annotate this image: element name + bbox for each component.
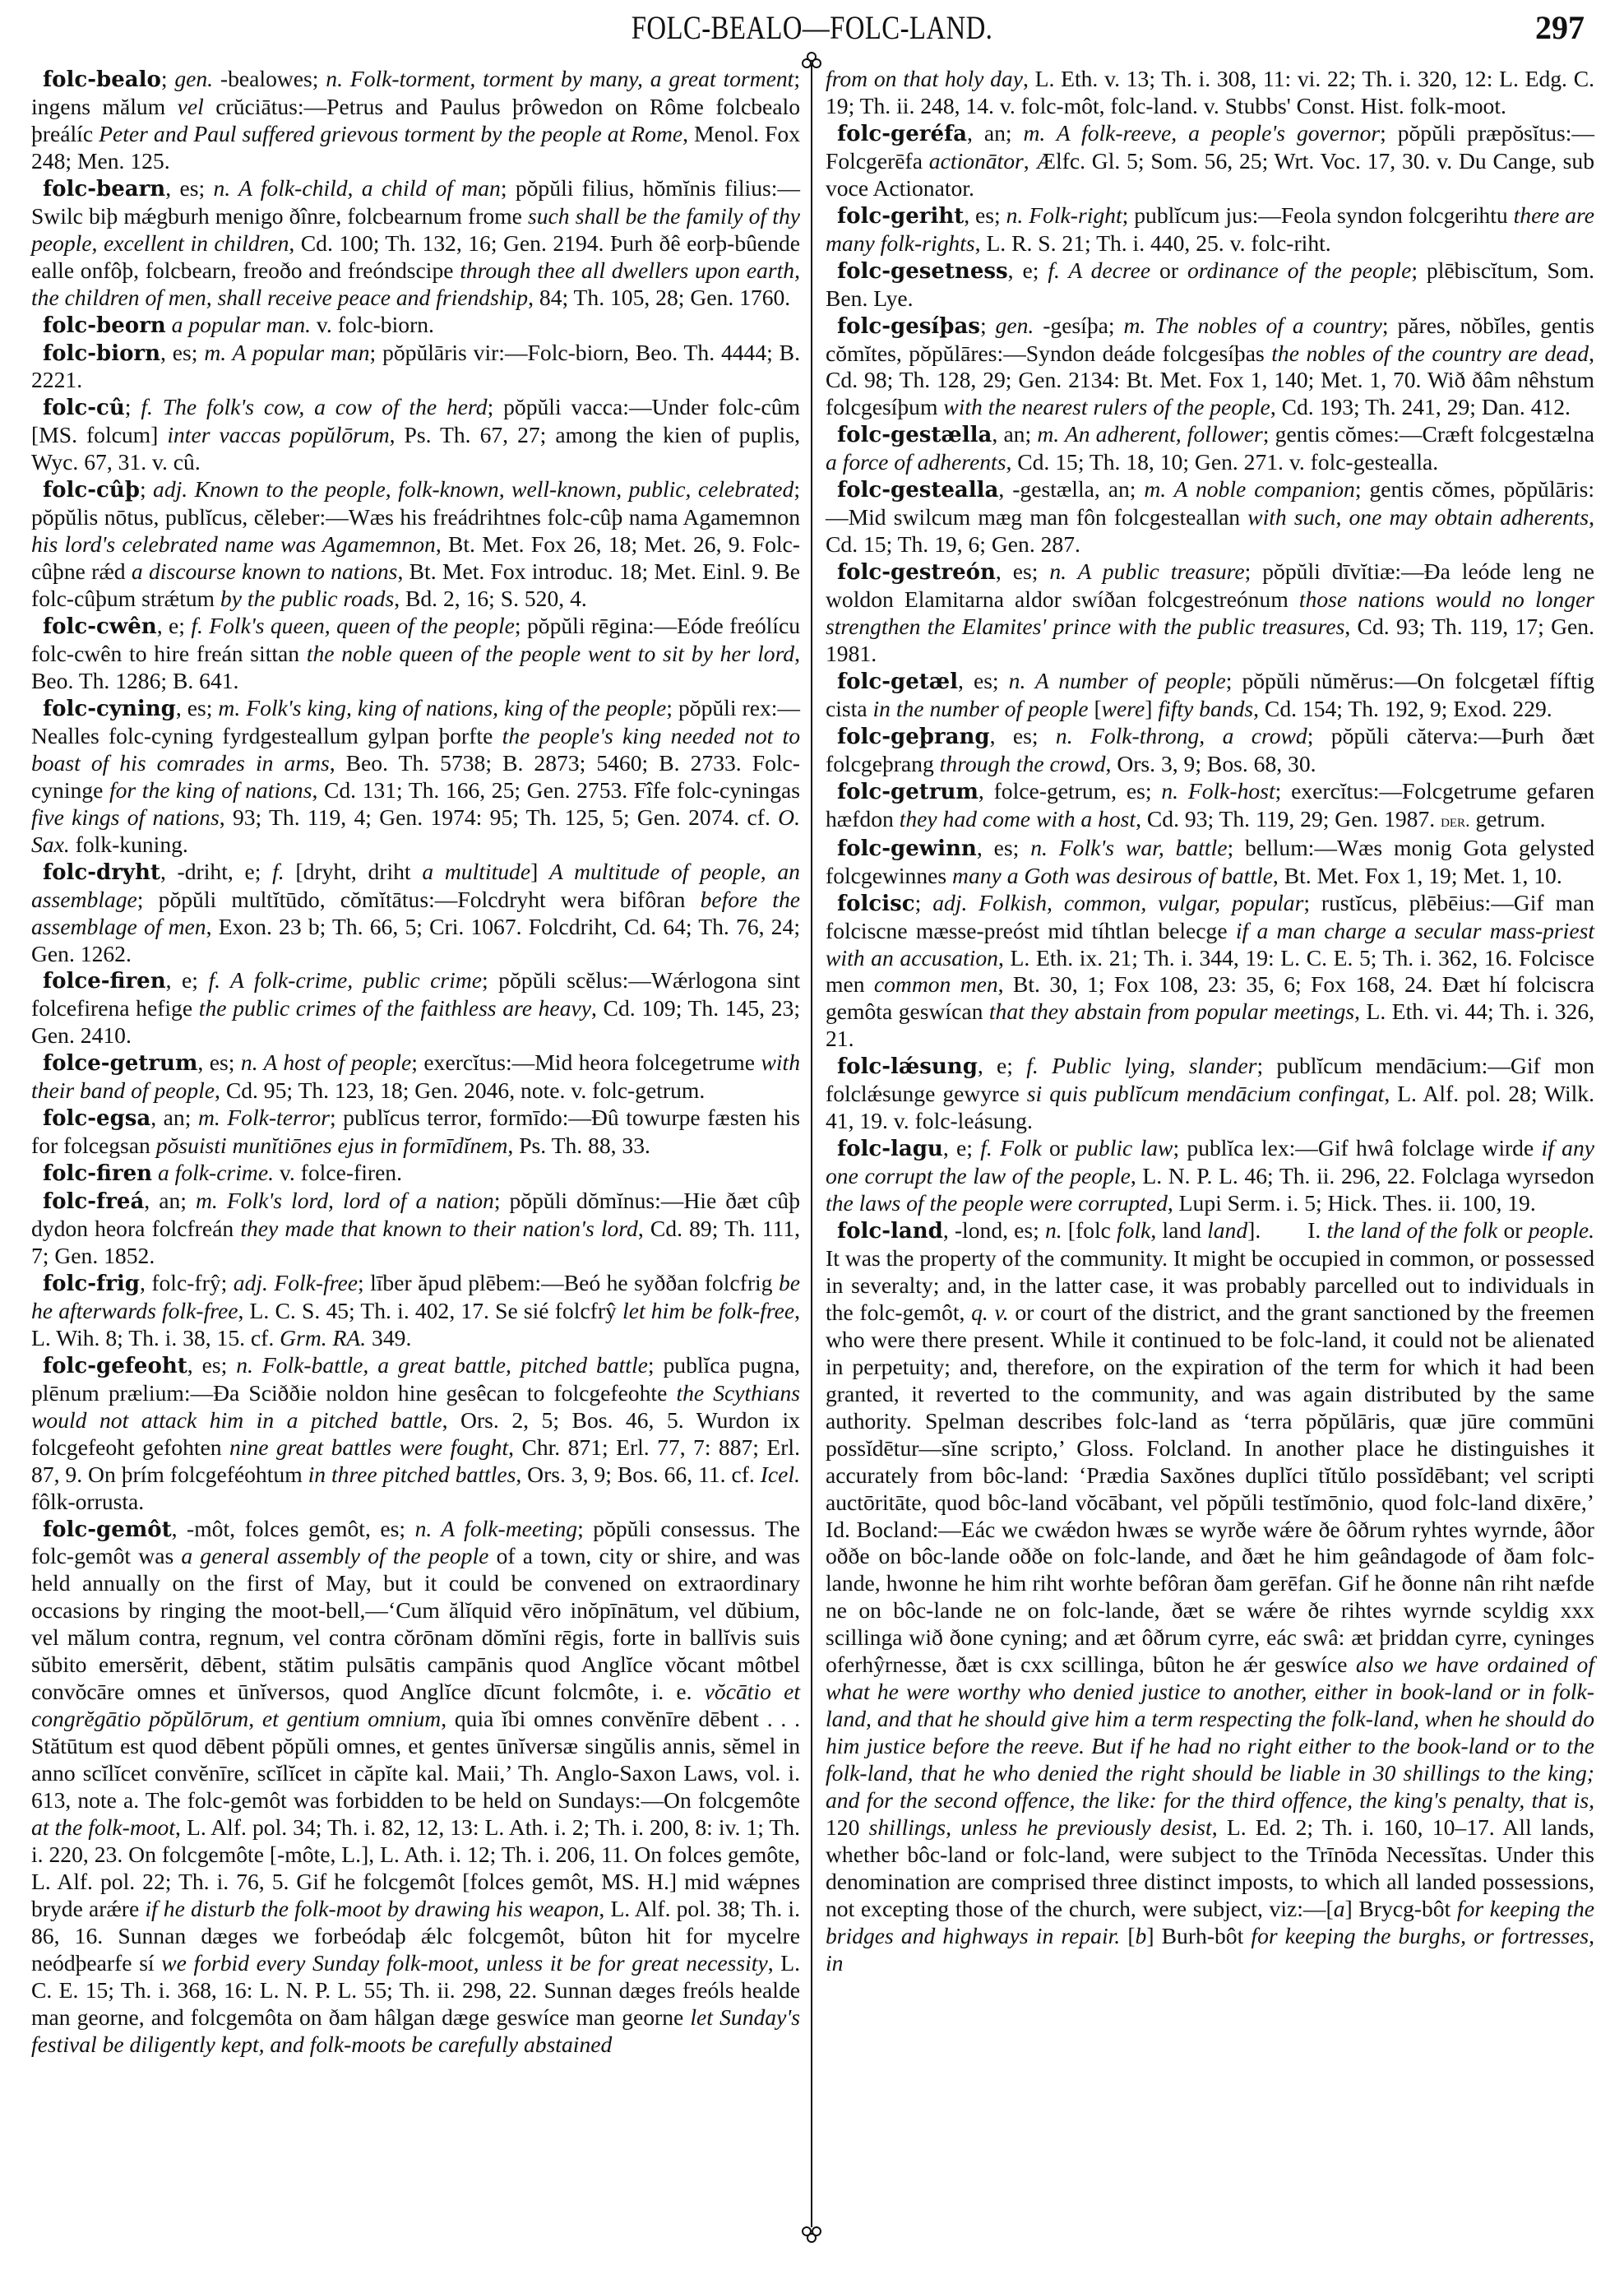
entry-headword: folc-gewinn [837, 836, 977, 861]
entry-headword: folc-bealo [43, 67, 161, 92]
entry-definition: from on that holy day, L. Eth. v. 13; Th… [826, 66, 1594, 118]
dictionary-entry: folc-cwên, e; f. Folk's queen, queen of … [31, 613, 800, 695]
dictionary-entry: folcisc; adj. Folkish, common, vulgar, p… [826, 890, 1594, 1054]
entry-headword: folc-gemôt [43, 1517, 172, 1542]
entry-definition: a popular man. v. folc-biorn. [166, 312, 434, 337]
left-column: folc-bealo; gen. -bealowes; n. Folk-torm… [31, 66, 800, 2059]
dictionary-entry: folc-lagu, e; f. Folk or public law; pub… [826, 1135, 1594, 1217]
entry-headword: folce-firen [43, 969, 166, 994]
trefoil-ornament-icon [799, 2219, 824, 2244]
entry-definition: , an; m. Folk's lord, lord of a nation; … [31, 1188, 800, 1268]
dictionary-entry: folc-biorn, es; m. A popular man; pŏpŭlā… [31, 340, 800, 395]
entry-headword: folc-geréfa [837, 122, 967, 146]
dictionary-entry: folc-getrum, folce-getrum, es; n. Folk-h… [826, 778, 1594, 835]
entry-headword: folc-frig [43, 1272, 140, 1296]
dictionary-entry: folc-gesetness, e; f. A decree or ordina… [826, 257, 1594, 313]
dictionary-entry: folc-gesíþas; gen. -gesíþa; m. The noble… [826, 313, 1594, 422]
entry-headword: folc-cûþ [43, 478, 140, 503]
dictionary-entry: from on that holy day, L. Eth. v. 13; Th… [826, 66, 1594, 120]
dictionary-entry: folc-firen a folk-crime. v. folce-firen. [31, 1160, 800, 1188]
entry-definition: a folk-crime. v. folce-firen. [152, 1160, 402, 1185]
entry-headword: folc-lagu [837, 1137, 943, 1161]
entry-headword: folc-cyning [43, 697, 176, 721]
dictionary-entry: folc-dryht, -driht, e; f. [dryht, driht … [31, 859, 800, 968]
entry-headword: folc-cû [43, 396, 125, 420]
entry-headword: folc-getrum [837, 780, 979, 804]
column-divider [811, 64, 812, 2227]
dictionary-entry: folc-freá, an; m. Folk's lord, lord of a… [31, 1188, 800, 1270]
entry-headword: folc-biorn [43, 341, 160, 366]
dictionary-entry: folce-getrum, es; n. A host of people; e… [31, 1049, 800, 1105]
dictionary-entry: folc-geþrang, es; n. Folk-throng, a crow… [826, 723, 1594, 778]
dictionary-entry: folc-gewinn, es; n. Folk's war, battle; … [826, 835, 1594, 890]
dictionary-entry: folc-lǽsung, e; f. Public lying, slander… [826, 1053, 1594, 1135]
entry-headword: folce-getrum [43, 1051, 197, 1076]
dictionary-entry: folc-cyning, es; m. Folk's king, king of… [31, 695, 800, 859]
dictionary-entry: folc-gestealla, -gestælla, an; m. A nobl… [826, 476, 1594, 558]
entry-definition: ; adj. Folkish, common, vulgar, popular;… [826, 890, 1594, 1052]
dictionary-entry: folc-cûþ; adj. Known to the people, folk… [31, 476, 800, 613]
dictionary-entry: folce-firen, e; f. A folk-crime, public … [31, 967, 800, 1049]
right-column: from on that holy day, L. Eth. v. 13; Th… [826, 66, 1594, 1977]
dictionary-entry: folc-bearn, es; n. A folk-child, a child… [31, 175, 800, 312]
entry-headword: folc-gesíþas [837, 314, 980, 339]
dictionary-entry: folc-geriht, es; n. Folk-right; publĭcum… [826, 202, 1594, 257]
entry-headword: folc-firen [43, 1161, 152, 1186]
entry-headword: folc-gestreón [837, 560, 996, 585]
dictionary-entry: folc-gefeoht, es; n. Folk-battle, a grea… [31, 1352, 800, 1516]
entry-definition: , -môt, folces gemôt, es; n. A folk-meet… [31, 1516, 800, 2057]
entry-headword: folc-geriht [837, 204, 964, 229]
entry-headword: folc-gestealla [837, 478, 998, 503]
dictionary-entry: folc-geréfa, an; m. A folk-reeve, a peop… [826, 120, 1594, 202]
entry-headword: folc-bearn [43, 177, 165, 202]
entry-headword: folc-gestælla [837, 423, 992, 447]
dictionary-entry: folc-bealo; gen. -bealowes; n. Folk-torm… [31, 66, 800, 175]
running-head: FOLC-BEALO—FOLC-LAND. [146, 8, 1478, 47]
entry-headword: folc-geþrang [837, 725, 990, 749]
entry-headword: folc-gefeoht [43, 1354, 187, 1378]
dictionary-entry: folc-land, -lond, es; n. [folc folk, lan… [826, 1217, 1594, 1977]
entry-definition: , -lond, es; n. [folc folk, land land]. … [826, 1217, 1594, 1976]
page-number: 297 [1535, 8, 1585, 47]
entry-headword: folc-egsa [43, 1106, 150, 1131]
entry-headword: folc-lǽsung [837, 1054, 978, 1079]
dictionary-entry: folc-frig, folc-frŷ; adj. Folk-free; līb… [31, 1270, 800, 1352]
entry-headword: folc-getæl [837, 669, 958, 694]
entry-definition: ; adj. Known to the people, folk-known, … [31, 476, 800, 611]
entry-headword: folc-land [837, 1219, 943, 1244]
entry-headword: folc-gesetness [837, 259, 1008, 284]
entry-headword: folcisc [837, 892, 915, 916]
entry-headword: folc-freá [43, 1189, 144, 1214]
dictionary-entry: folc-cû; f. The folk's cow, a cow of the… [31, 394, 800, 476]
entry-headword: folc-beorn [43, 313, 166, 338]
entry-definition: ; f. The folk's cow, a cow of the herd; … [31, 394, 800, 475]
dictionary-entry: folc-beorn a popular man. v. folc-biorn. [31, 312, 800, 340]
entry-headword: folc-dryht [43, 860, 160, 885]
dictionary-entry: folc-egsa, an; m. Folk-terror; publĭcus … [31, 1105, 800, 1160]
page-header: FOLC-BEALO—FOLC-LAND. 297 [0, 5, 1624, 44]
entry-headword: folc-cwên [43, 614, 157, 639]
dictionary-entry: folc-gestælla, an; m. An adherent, follo… [826, 421, 1594, 476]
dictionary-entry: folc-gemôt, -môt, folces gemôt, es; n. A… [31, 1516, 800, 2059]
dictionary-entry: folc-gestreón, es; n. A public treasure;… [826, 558, 1594, 668]
dictionary-entry: folc-getæl, es; n. A number of people; p… [826, 668, 1594, 723]
entry-definition: , folc-frŷ; adj. Folk-free; līber ăpud p… [31, 1270, 800, 1350]
